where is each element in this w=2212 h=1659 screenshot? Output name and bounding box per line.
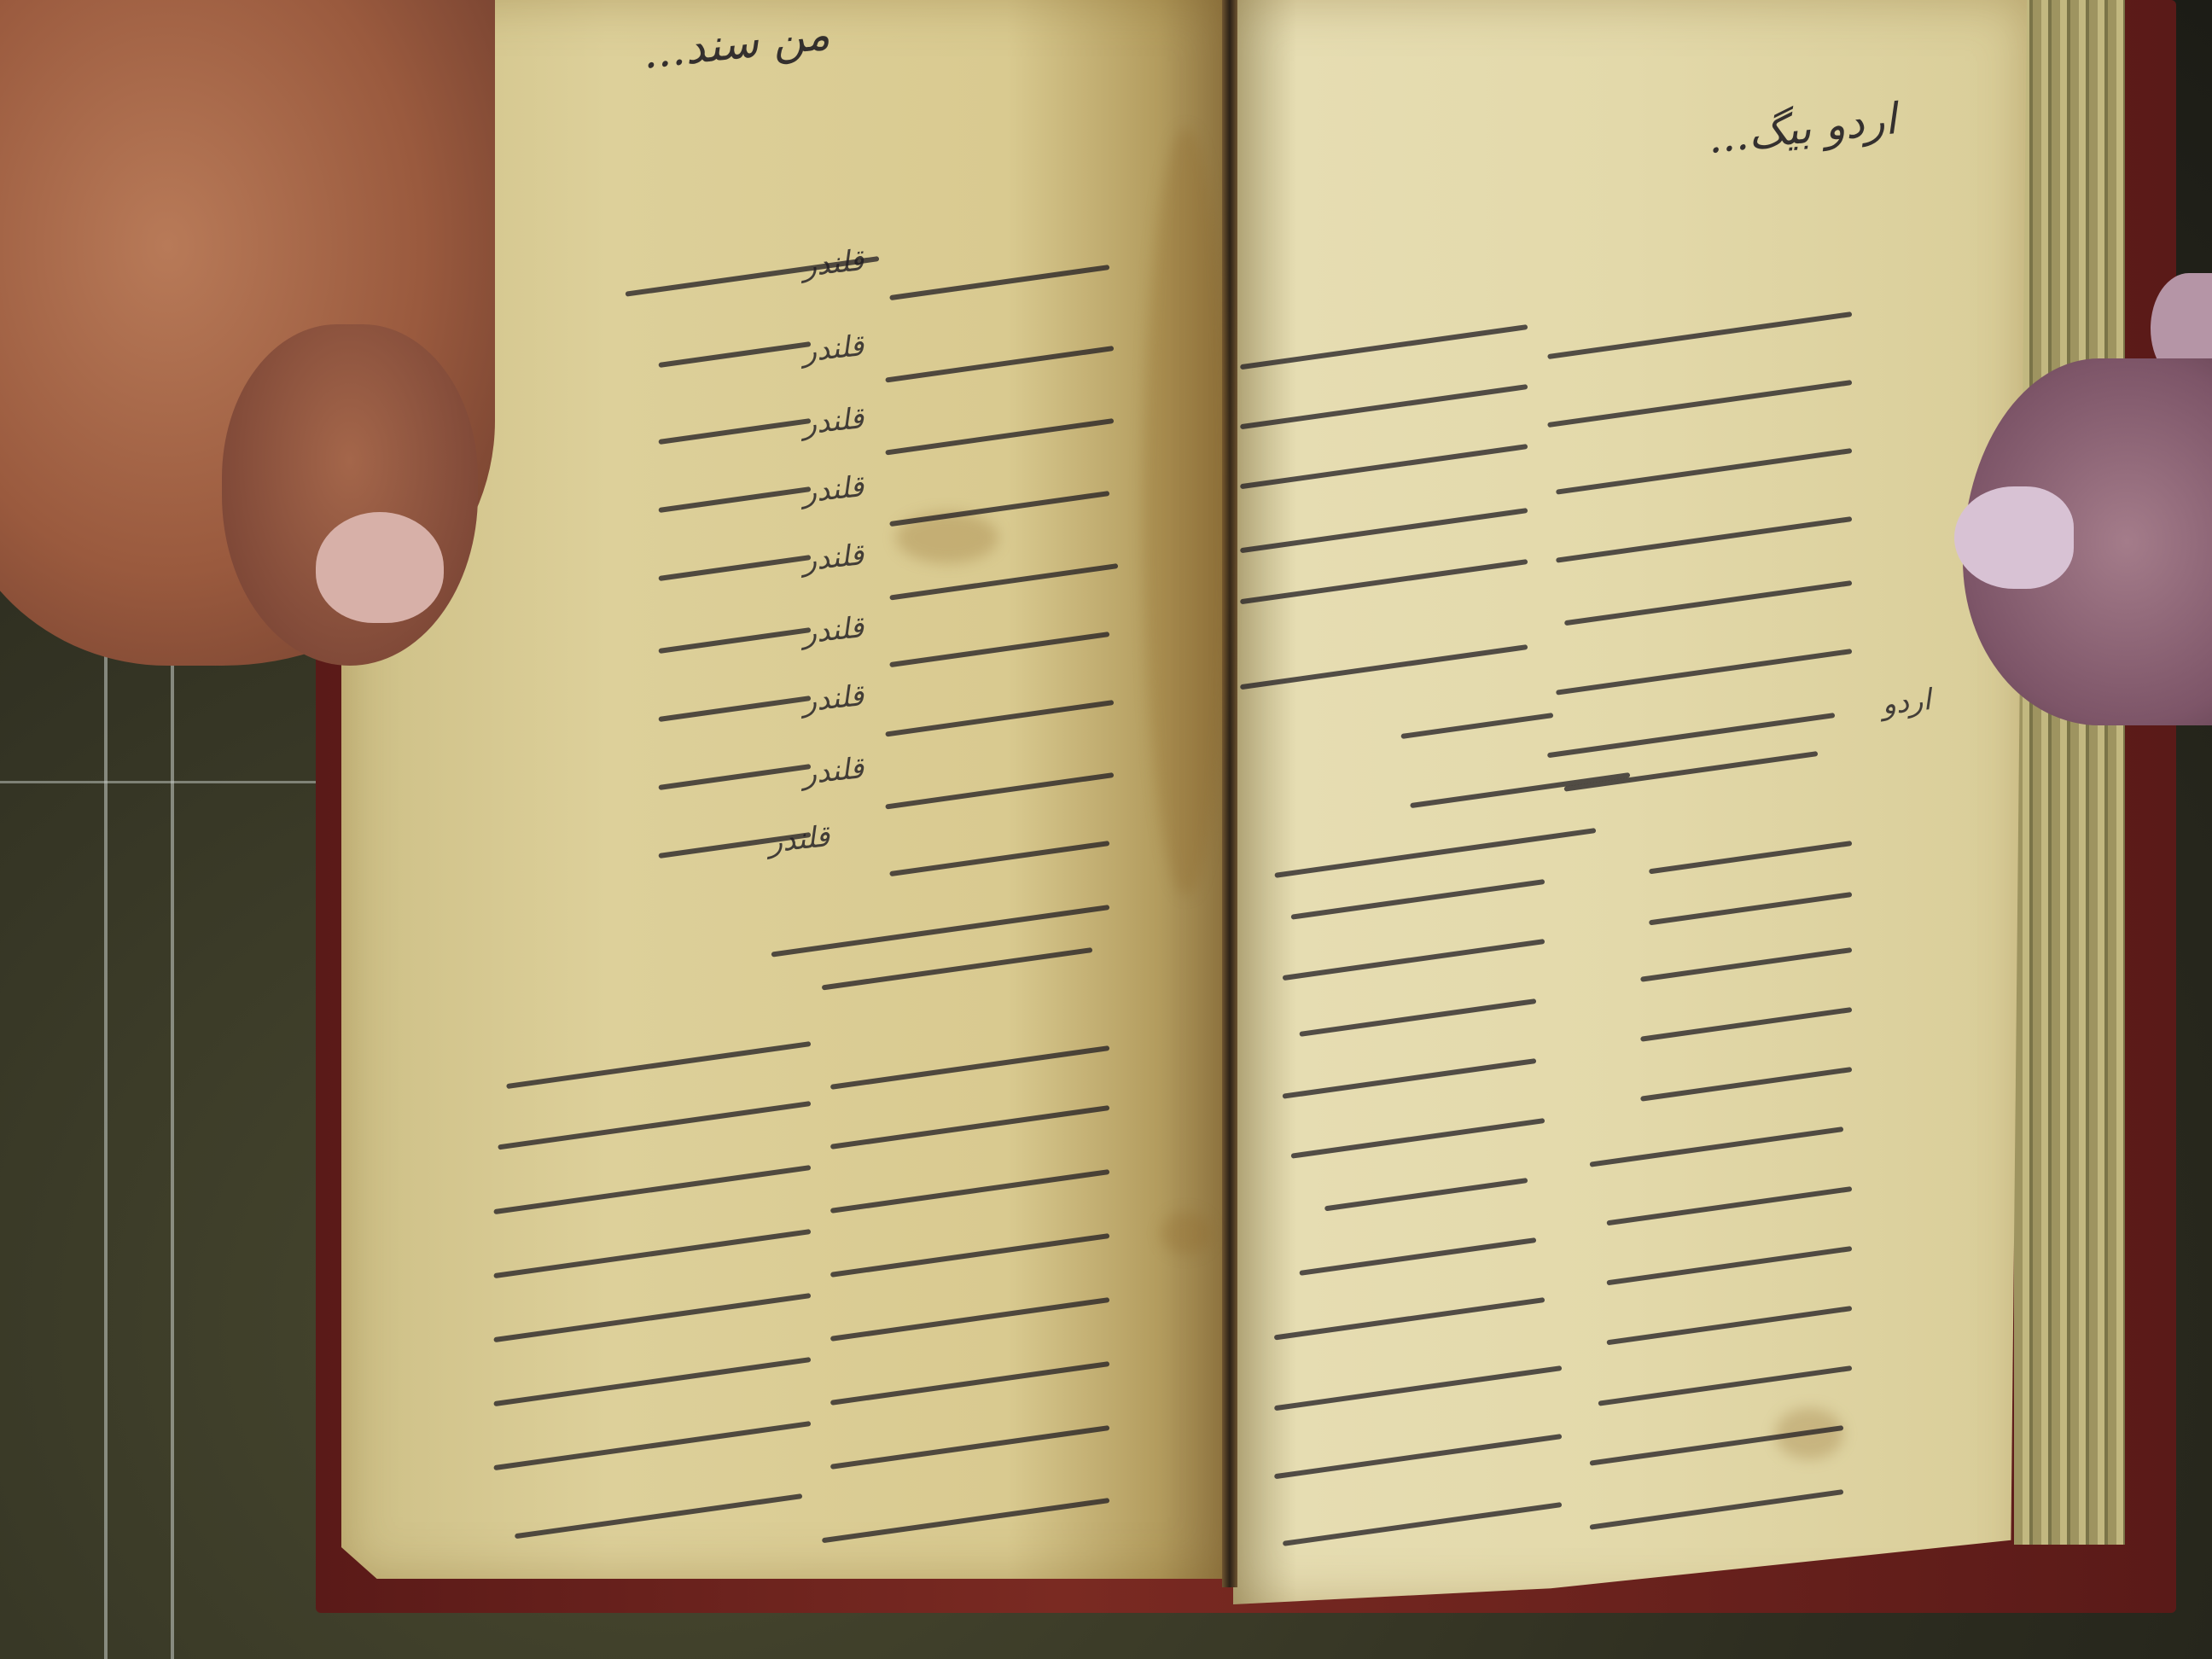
right-thumbnail bbox=[1954, 486, 2074, 589]
mat-grid-line bbox=[0, 781, 358, 783]
water-stain bbox=[1144, 128, 1229, 896]
mat-grid-line bbox=[171, 614, 174, 1659]
right-page bbox=[1233, 0, 2027, 1604]
mat-grid-line bbox=[104, 614, 108, 1659]
water-stain bbox=[1161, 1212, 1212, 1254]
book-gutter bbox=[1222, 0, 1237, 1587]
page-edges bbox=[2014, 0, 2125, 1545]
left-thumbnail bbox=[316, 512, 444, 623]
verse-line: قلندر bbox=[800, 329, 865, 369]
verse-line: قلندر bbox=[800, 751, 865, 791]
right-margin-note: اردو bbox=[1880, 683, 1932, 722]
